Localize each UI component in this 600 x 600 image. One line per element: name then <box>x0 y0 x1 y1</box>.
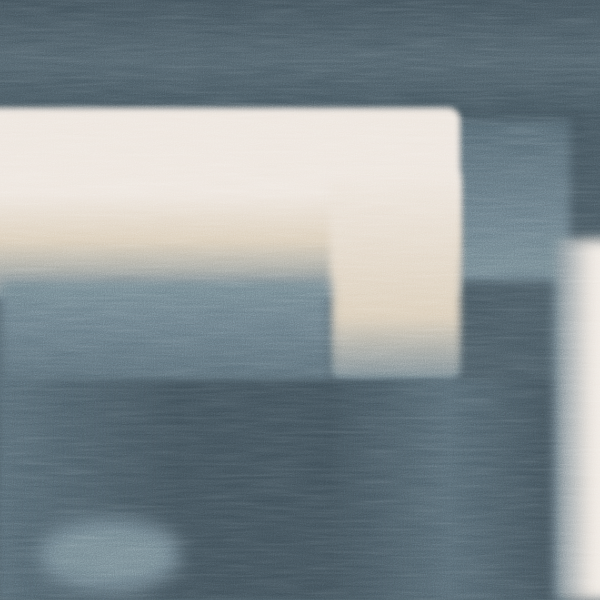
rug-texture-image <box>0 0 600 600</box>
weave-streaks <box>0 0 600 600</box>
